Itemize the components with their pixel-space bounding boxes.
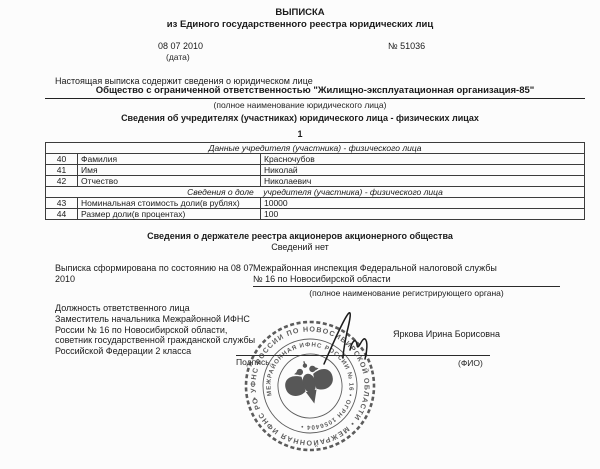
date-caption: (дата) <box>166 52 190 62</box>
row-value: Николаевич <box>261 176 585 187</box>
registering-authority-caption: (полное наименование регистрирующего орг… <box>253 287 560 299</box>
official-position-label: Должность ответственного лица <box>55 303 300 314</box>
table-section-header-row: Сведения о доле учредителя (участника) -… <box>46 187 585 198</box>
row-num: 42 <box>46 176 78 187</box>
formed-right-block: Межрайонная инспекция Федеральной налого… <box>253 263 560 299</box>
registering-authority-line1: Межрайонная инспекция Федеральной налого… <box>253 263 560 274</box>
row-num: 40 <box>46 154 78 165</box>
extract-document-page: ВЫПИСКА из Единого государственного реес… <box>0 0 600 469</box>
founders-table: Данные учредителя (участника) - физическ… <box>45 142 585 220</box>
document-subtitle: из Единого государственного реестра юрид… <box>0 19 600 30</box>
row-label: Номинальная стоимость доли(в рублях) <box>78 198 261 209</box>
registry-value: Сведений нет <box>0 242 600 252</box>
founders-heading: Сведения об учредителях (участниках) юри… <box>0 113 600 123</box>
document-title: ВЫПИСКА <box>0 7 600 18</box>
document-number: № 51036 <box>388 41 425 51</box>
table-row: 44 Размер доли(в процентах) 100 <box>46 209 585 220</box>
row-num: 41 <box>46 165 78 176</box>
section1-header: Данные учредителя (участника) - физическ… <box>46 143 585 154</box>
table-section-header-row: Данные учредителя (участника) - физическ… <box>46 143 585 154</box>
company-name-caption: (полное наименование юридического лица) <box>0 100 600 110</box>
table-row: 42 Отчество Николаевич <box>46 176 585 187</box>
row-label: Размер доли(в процентах) <box>78 209 261 220</box>
row-value: Николай <box>261 165 585 176</box>
section2-header: Сведения о доле учредителя (участника) -… <box>46 187 585 198</box>
registry-heading: Сведения о держателе реестра акционеров … <box>0 231 600 241</box>
fio-caption: (ФИО) <box>458 358 483 368</box>
formed-left-block: Выписка сформирована по состоянию на 08 … <box>55 263 255 285</box>
formed-left-line2: 2010 <box>55 274 255 285</box>
registering-authority-line2: № 16 по Новосибирской области <box>253 274 560 287</box>
row-label: Отчество <box>78 176 261 187</box>
company-name: Общество с ограниченной ответственностью… <box>45 85 585 99</box>
table-number: 1 <box>0 129 600 139</box>
table-row: 41 Имя Николай <box>46 165 585 176</box>
table-row: 40 Фамилия Красночубов <box>46 154 585 165</box>
document-date: 08 07 2010 <box>158 41 203 51</box>
handwritten-signature <box>310 306 382 370</box>
signature-stroke-icon <box>310 306 382 370</box>
signer-name: Яркова Ирина Борисовна <box>393 329 500 339</box>
row-num: 44 <box>46 209 78 220</box>
table-row: 43 Номинальная стоимость доли(в рублях) … <box>46 198 585 209</box>
row-value: 10000 <box>261 198 585 209</box>
formed-left-line1: Выписка сформирована по состоянию на 08 … <box>55 263 255 274</box>
row-value: Красночубов <box>261 154 585 165</box>
row-label: Фамилия <box>78 154 261 165</box>
row-value: 100 <box>261 209 585 220</box>
row-num: 43 <box>46 198 78 209</box>
row-label: Имя <box>78 165 261 176</box>
